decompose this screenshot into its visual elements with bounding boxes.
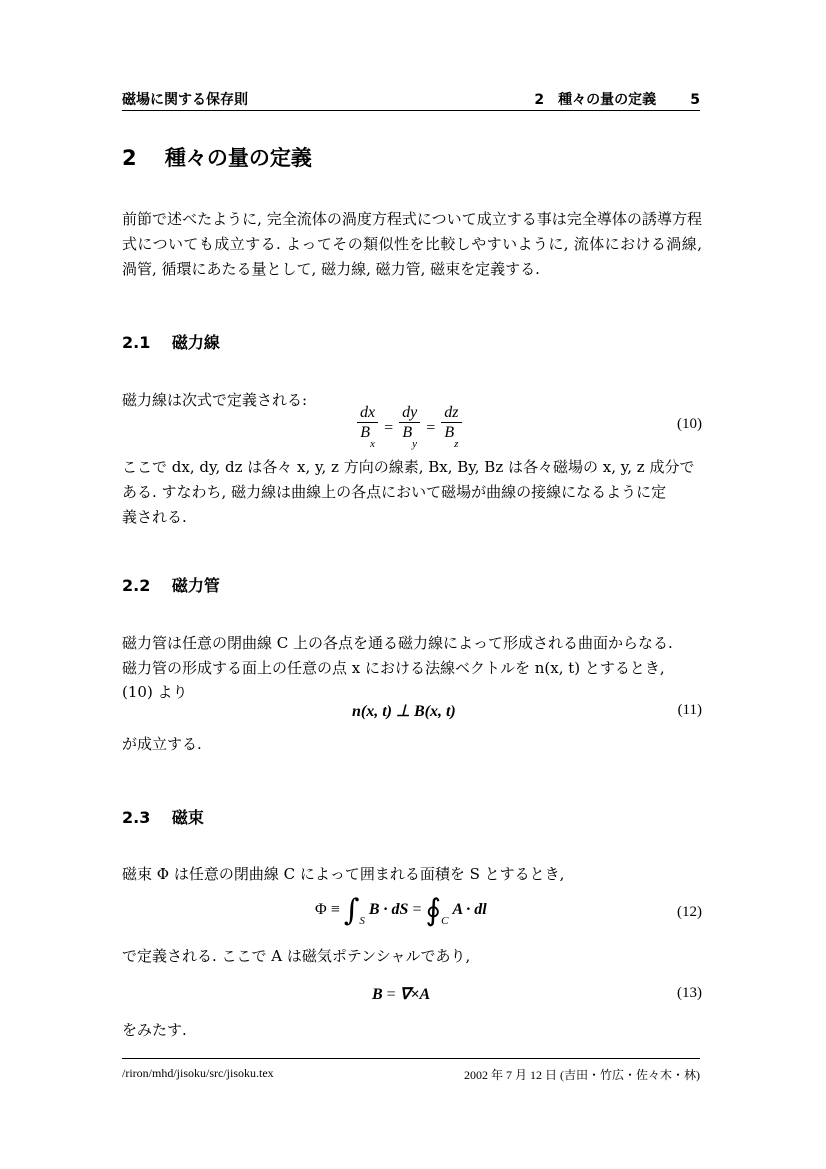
integral-symbol: ∫	[344, 893, 360, 928]
subsection-heading-2-2: 2.2 磁力管	[122, 573, 220, 596]
contour-integral-symbol: ∮	[425, 893, 441, 928]
text-line: 義される.	[122, 506, 187, 527]
equation-number-12: (12)	[677, 904, 702, 921]
text-line: 磁力管の形成する面上の任意の点 x における法線ベクトルを n(x, t) とす…	[122, 657, 665, 678]
lead-text-2-1: 磁力線は次式で定義される:	[122, 389, 307, 410]
page-number: 5	[690, 92, 700, 108]
text-line: で定義される. ここで A は磁気ポテンシャルであり,	[122, 945, 470, 966]
equation-number-13: (13)	[677, 985, 702, 1002]
equation-number-10: (10)	[677, 416, 702, 433]
subsection-heading-2-1: 2.1 磁力線	[122, 330, 220, 353]
equation-10: dxBx = dyBy = dzBz	[355, 404, 464, 454]
date-authors: 2002 年 7 月 12 日 (吉田・竹広・佐々木・林)	[464, 1066, 700, 1083]
source-path: /riron/mhd/jisoku/src/jisoku.tex	[122, 1066, 274, 1081]
running-header: 磁場に関する保存則 2 種々の量の定義 5	[122, 88, 700, 111]
section-heading: 2 種々の量の定義	[122, 142, 312, 172]
equation-number-11: (11)	[678, 702, 702, 719]
text-line: をみたす.	[122, 1019, 187, 1040]
running-section-ref: 2 種々の量の定義	[534, 92, 656, 108]
lead-text-2-3: 磁束 Φ は任意の閉曲線 C によって囲まれる面積を S とするとき,	[122, 863, 564, 884]
footer-rule	[122, 1058, 700, 1059]
text-line: ある. すなわち, 磁力線は曲線上の各点において磁場が曲線の接線になるように定	[122, 481, 666, 502]
equation-13: B = ∇×A	[372, 984, 430, 1004]
running-title: 磁場に関する保存則	[122, 89, 248, 109]
equation-12: Φ ≡ ∫S B · dS = ∮C A · dl	[315, 893, 487, 928]
text-line: ここで dx, dy, dz は各々 x, y, z 方向の線素, Bx, By…	[122, 456, 694, 477]
equation-11: n(x, t) ⊥ B(x, t)	[352, 701, 456, 721]
text-line: (10) より	[122, 681, 188, 702]
subsection-heading-2-3: 2.3 磁束	[122, 805, 204, 828]
intro-paragraph: 前節で述べたように, 完全流体の渦度方程式について成立する事は完全導体の誘導方程…	[122, 207, 702, 282]
text-line: 磁力管は任意の閉曲線 C 上の各点を通る磁力線によって形成される曲面からなる.	[122, 632, 673, 653]
running-section-and-page: 2 種々の量の定義 5	[534, 89, 700, 109]
text-line: が成立する.	[122, 733, 202, 754]
